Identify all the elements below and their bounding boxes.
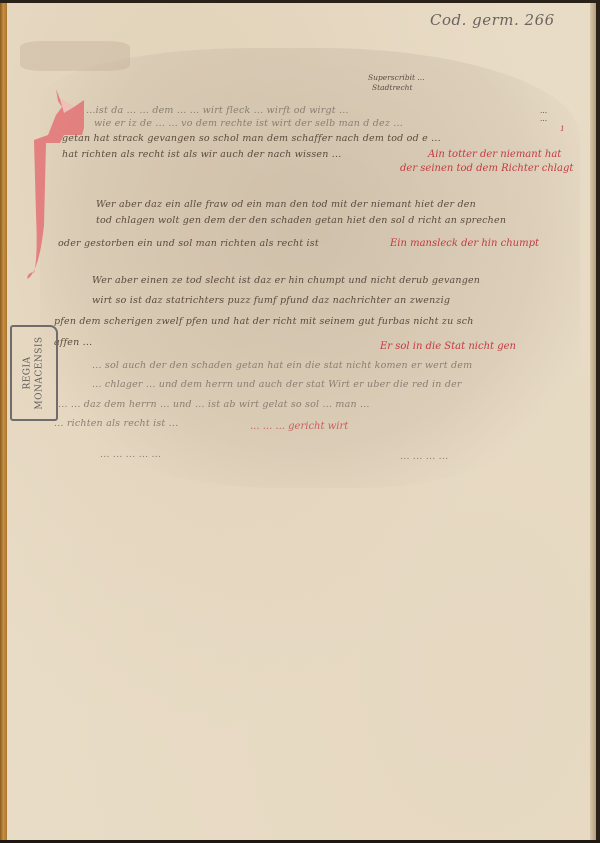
text-line-16: ... ... ... ... ...: [100, 449, 161, 460]
marginal-note-top-1: Superscribit ...: [368, 73, 425, 82]
folio-mark: 1: [560, 124, 565, 133]
shelfmark: Cod. germ. 266: [430, 11, 555, 29]
binding-spine: [0, 3, 7, 840]
text-line-1: ...ist da ... ... dem ... ... wirt fleck…: [86, 105, 349, 116]
text-line-8: Wer aber einen ze tod slecht ist daz er …: [92, 275, 480, 286]
library-stamp: REGIA MONACENSIS: [10, 325, 58, 421]
text-line-3: getan hat strack gevangen so schol man d…: [62, 133, 441, 144]
manuscript-page: Cod. germ. 266 Superscribit ... Stadtrec…: [0, 3, 596, 840]
marginal-note-right-2: ...: [540, 114, 547, 123]
text-line-5: Wer aber daz ein alle fraw od ein man de…: [96, 199, 476, 210]
text-line-13: ... chlager ... und dem herrn und auch d…: [92, 379, 462, 390]
stamp-line-2: MONACENSIS: [34, 336, 46, 409]
rubric-heading-1a: Ain totter der niemant hat: [428, 149, 561, 160]
rubric-heading-3: Er sol in die Stat nicht gen: [380, 341, 516, 352]
marginal-note-top-2: Stadtrecht: [372, 83, 413, 92]
stamp-line-1: REGIA: [22, 336, 34, 409]
decorated-initial-icon: [24, 85, 84, 285]
text-line-7: oder gestorben ein und sol man richten a…: [58, 238, 319, 249]
rubric-heading-4: ... ... ... gericht wirt: [250, 421, 348, 432]
text-line-4: hat richten als recht ist als wir auch d…: [62, 149, 341, 160]
text-line-17: ... ... ... ...: [400, 451, 448, 462]
text-line-9: wirt so ist daz statrichters puzz fumf p…: [92, 295, 450, 306]
rubric-heading-2: Ein mansleck der hin chumpt: [390, 238, 539, 249]
water-stain-top-left: [20, 41, 130, 71]
rubric-heading-1b: der seinen tod dem Richter chlagt: [400, 163, 573, 174]
text-line-2: wie er iz de ... ... vo dem rechte ist w…: [94, 118, 403, 129]
text-line-11: affen ...: [54, 337, 92, 348]
text-line-15: ... richten als recht ist ...: [54, 418, 178, 429]
text-line-14: ... ... daz dem herrn ... und ... ist ab…: [58, 399, 370, 410]
text-line-12: ... sol auch der den schaden getan hat e…: [92, 360, 472, 371]
page-edge: [590, 3, 596, 840]
text-line-10: pfen dem scherigen zwelf pfen und hat de…: [54, 316, 474, 327]
text-line-6: tod chlagen wolt gen dem der den schaden…: [96, 215, 506, 226]
